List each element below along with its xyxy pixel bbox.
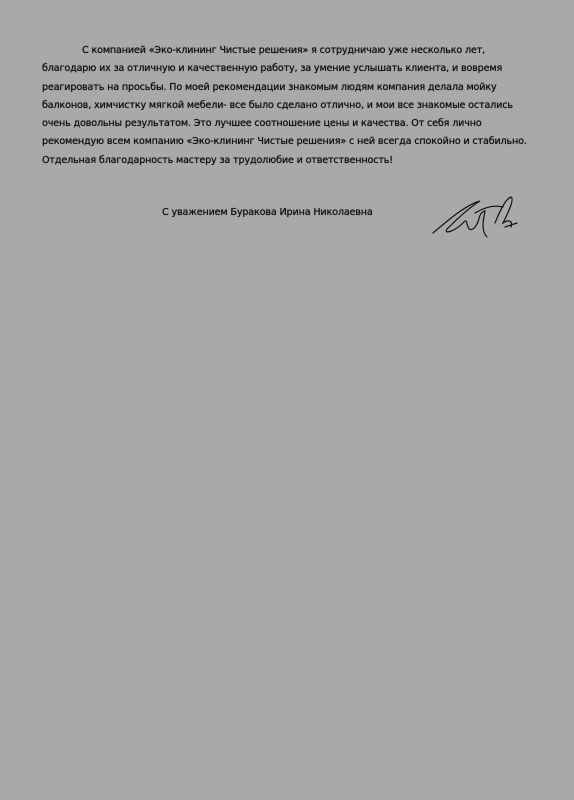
letter-closing-signoff: С уважением Буракова Ирина Николаевна [162,207,373,218]
letter-body-text: С компанией «Эко-клининг Чистые решения»… [42,42,542,170]
scanned-letter-page: С компанией «Эко-клининг Чистые решения»… [0,0,574,800]
handwritten-signature-icon [425,193,525,243]
